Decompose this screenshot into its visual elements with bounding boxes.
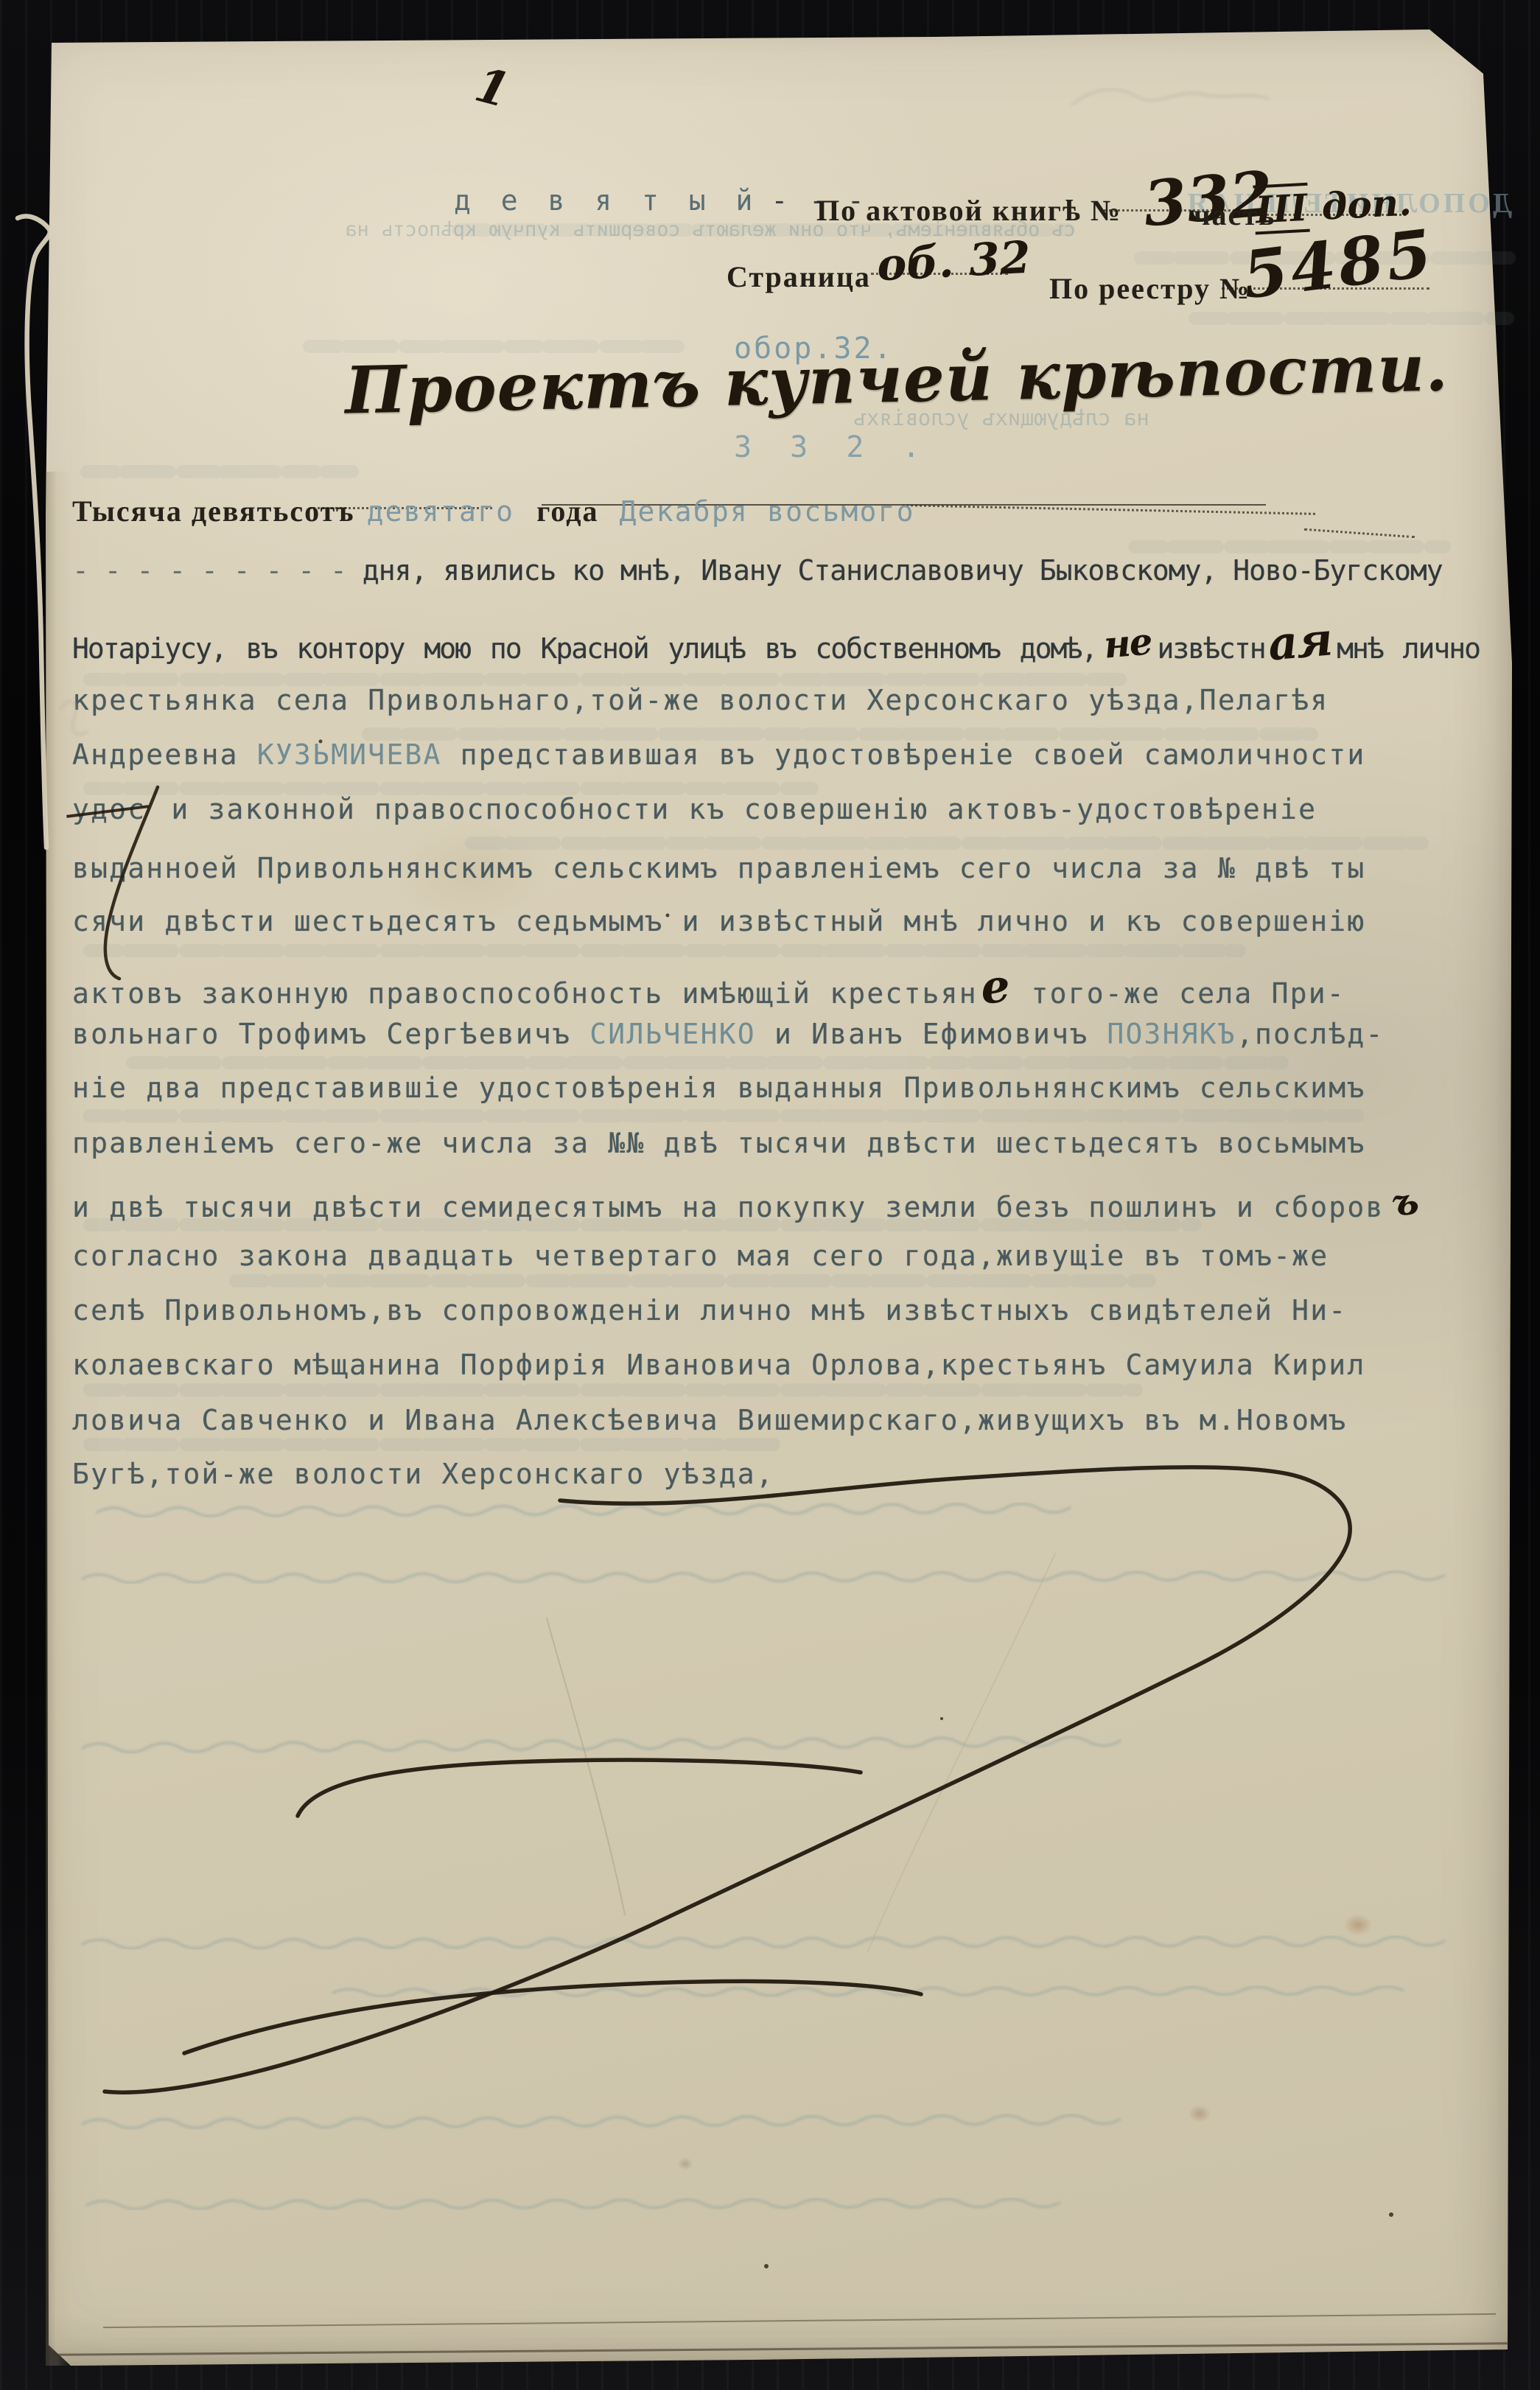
text-segment: мнѣ лично [1337,632,1480,665]
text-segment: того-же села При- [1012,977,1345,1010]
text-segment: актовъ законную правоспособность имѣющій… [72,977,978,1010]
text-segment: крестьянка села Привольнаго,той-же волос… [72,684,1329,716]
typed-line: согласно закона двадцать четвертаго мая … [72,1240,1329,1272]
text-segment: года [536,495,598,528]
series-word: д е в я т ы й [454,184,759,217]
folio-note-bottom: 3 3 2 . [734,430,931,464]
text-segment: ая [1266,612,1334,671]
typed-line: актовъ законную правоспособность имѣющій… [72,960,1345,1014]
part-numeral: III [1253,183,1310,235]
typed-line: ніе два представившіе удостовѣренія выда… [72,1072,1365,1104]
typed-line: и двѣ тысячи двѣсти семидесятымъ на поку… [72,1182,1426,1226]
registry-label: По реестру № [1049,271,1250,306]
photo-backdrop: ДОПОЛНИТЕЛЬНАЯ. съ объявленіемъ, что они… [0,0,1540,2390]
text-segment: Тысяча девятьсотъ [72,495,355,528]
typed-line: сячи двѣсти шестьдесятъ седьмымъ и извѣс… [72,905,1365,937]
text-segment: ПОЗНЯКЪ [1107,1018,1236,1050]
text-segment: ъ [1390,1178,1422,1224]
typed-line: Тысяча девятьсотъдевятагогодаДекабря вос… [72,494,915,528]
text-segment: Андреевна [72,738,257,771]
text-segment: Бугѣ,той-же волости Херсонскаго уѣзда, [72,1458,774,1490]
text-segment: девятаго [367,495,515,528]
text-segment: вольнаго Трофимъ Сергѣевичъ [72,1018,589,1050]
text-segment: ніе два представившіе удостовѣренія выда… [72,1072,1365,1104]
text-segment: и двѣ тысячи двѣсти семидесятымъ на поку… [72,1191,1385,1223]
text-segment: согласно закона двадцать четвертаго мая … [72,1240,1329,1272]
text-segment: е [979,958,1014,1014]
text-segment: не [1102,619,1153,666]
typed-line: селѣ Привольномъ,въ сопровожденіи лично … [72,1294,1347,1327]
series-typed: д е в я т ы й- - - [454,184,867,217]
act-book-label: По актовой книгѣ № [816,193,1121,228]
text-segment: Нотаріусу, въ контору мою по Красной ули… [72,632,1096,665]
text-segment: извѣстн [1157,632,1264,665]
typed-line: Андреевна КУЗЬМИЧЕВА представившая въ уд… [72,738,1365,771]
text-segment: удос [72,793,146,825]
text-segment: ,послѣд- [1236,1018,1385,1050]
typed-line: Нотаріусу, въ контору мою по Красной ули… [72,615,1480,669]
text-segment: представившая въ удостовѣреніе своей сам… [442,738,1366,771]
text-segment: и законной правоспособности къ совершені… [171,793,1317,825]
text-segment: ловича Савченко и Ивана Алексѣевича Више… [72,1404,1347,1436]
typed-line: вольнаго Трофимъ Сергѣевичъ СИЛЬЧЕНКО и … [72,1018,1385,1050]
text-segment: Декабря восьмого [619,495,914,528]
text-segment: правленіемъ сего-же числа за №№ двѣ тыся… [72,1127,1365,1159]
typed-line: колаевскаго мѣщанина Порфирія Ивановича … [72,1349,1365,1381]
text-segment: СИЛЬЧЕНКО [589,1018,756,1050]
text-segment: - - - - - - - - - [72,554,346,587]
text-segment: КУЗЬМИЧЕВА [257,738,442,771]
typed-line: крестьянка села Привольнаго,той-же волос… [72,684,1329,716]
text-segment: селѣ Привольномъ,въ сопровожденіи лично … [72,1294,1347,1327]
typed-line: ловича Савченко и Ивана Алексѣевича Више… [72,1404,1347,1436]
typed-line: Бугѣ,той-же волости Херсонскаго уѣзда, [72,1458,774,1490]
page-value: об. 32 [875,232,1032,292]
text-segment: выданноей Привольнянскимъ сельскимъ прав… [72,852,1365,884]
underlying-sheet-edge [46,472,72,2366]
typed-line: выданноей Привольнянскимъ сельскимъ прав… [72,852,1365,884]
text-segment: и Иванъ Ефимовичъ [756,1018,1107,1050]
text-segment: сячи двѣсти шестьдесятъ седьмымъ и извѣс… [72,905,1365,937]
typed-line: правленіемъ сего-же числа за №№ двѣ тыся… [72,1127,1365,1159]
text-segment: дня, явились ко мнѣ, Ивану Станиславович… [346,554,1443,587]
typed-line: - - - - - - - - - дня, явились ко мнѣ, И… [72,554,1443,587]
text-segment: колаевскаго мѣщанина Порфирія Ивановича … [72,1349,1365,1381]
page-label: Страница [727,259,871,294]
typed-line: удоси законной правоспособности къ совер… [72,793,1317,825]
